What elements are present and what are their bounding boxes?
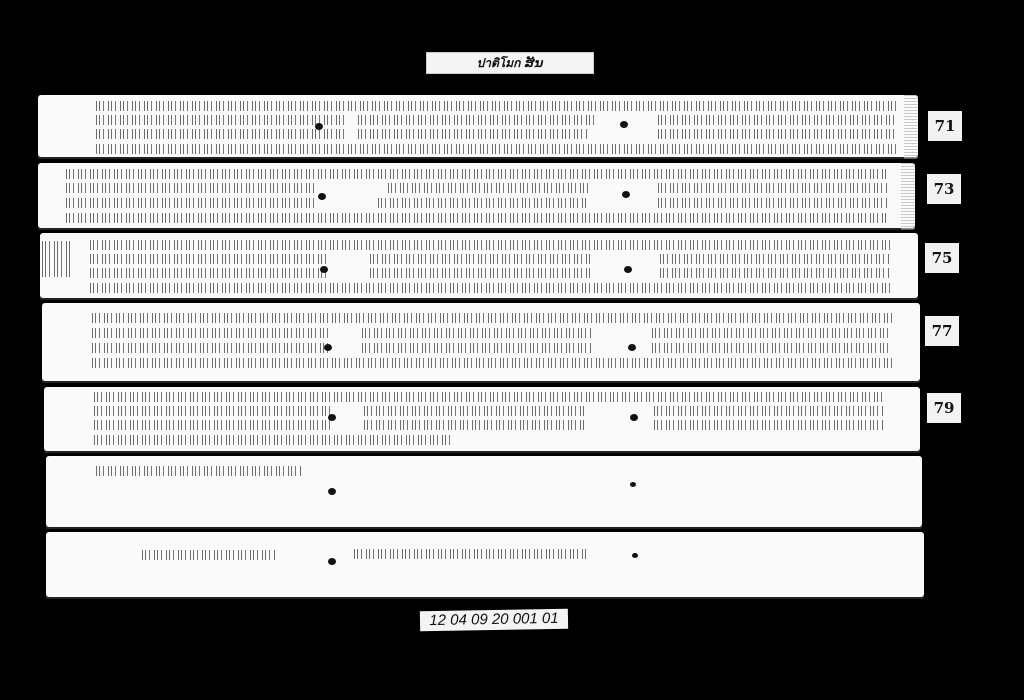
text-line — [94, 406, 334, 416]
catalog-id-label: 12 04 09 20 001 01 — [420, 609, 568, 632]
binding-hole — [328, 488, 336, 495]
page-number-label: 75 — [925, 243, 959, 273]
text-line — [90, 268, 330, 278]
text-line — [362, 328, 592, 338]
binding-hole — [324, 344, 332, 351]
binding-hole — [328, 558, 336, 565]
palm-leaf-3 — [40, 233, 918, 300]
palm-leaf-4 — [42, 303, 920, 383]
text-line — [364, 420, 584, 430]
margin-annotation — [42, 241, 70, 277]
text-line — [364, 406, 584, 416]
text-line — [96, 129, 346, 139]
text-line — [66, 183, 316, 193]
text-line — [142, 550, 276, 560]
text-line — [362, 343, 592, 353]
text-line — [660, 268, 890, 278]
text-line — [388, 183, 588, 193]
text-line — [658, 183, 888, 193]
text-line — [66, 169, 886, 179]
binding-hole — [315, 123, 323, 130]
palm-leaf-6 — [46, 456, 922, 529]
text-line — [358, 129, 588, 139]
leaf-edge-damage — [901, 163, 915, 230]
text-line — [94, 392, 884, 402]
manuscript-title-label: ปาติโมก ສັນ — [426, 52, 594, 74]
text-line — [90, 283, 890, 293]
binding-hole — [632, 553, 638, 558]
binding-hole — [624, 266, 632, 273]
binding-hole — [620, 121, 628, 128]
text-line — [92, 313, 892, 323]
binding-hole — [628, 344, 636, 351]
binding-hole — [622, 191, 630, 198]
text-line — [96, 466, 301, 476]
text-line — [652, 343, 892, 353]
text-line — [378, 198, 588, 208]
binding-hole — [630, 414, 638, 421]
text-line — [66, 198, 316, 208]
palm-leaf-7 — [46, 532, 924, 599]
text-line — [90, 240, 890, 250]
leaf-edge-damage — [904, 95, 918, 159]
page-number-label: 73 — [927, 174, 961, 204]
text-line — [654, 406, 884, 416]
text-line — [370, 268, 590, 278]
binding-hole — [630, 482, 636, 487]
text-line — [370, 254, 590, 264]
page-number-label: 79 — [927, 393, 961, 423]
text-line — [658, 129, 898, 139]
text-line — [90, 254, 330, 264]
text-line — [658, 115, 898, 125]
text-line — [92, 343, 332, 353]
text-line — [658, 198, 888, 208]
binding-hole — [318, 193, 326, 200]
text-line — [92, 328, 332, 338]
page-number-label: 71 — [928, 111, 962, 141]
text-line — [96, 101, 896, 111]
text-line — [94, 420, 334, 430]
palm-leaf-5 — [44, 387, 920, 453]
binding-hole — [328, 414, 336, 421]
text-line — [66, 213, 886, 223]
text-line — [654, 420, 884, 430]
text-line — [358, 115, 598, 125]
text-line — [92, 358, 892, 368]
palm-leaf-2 — [38, 163, 915, 230]
text-line — [652, 328, 892, 338]
text-line — [96, 115, 346, 125]
text-line — [354, 549, 589, 559]
palm-leaf-1 — [38, 95, 918, 159]
binding-hole — [320, 266, 328, 273]
text-line — [660, 254, 890, 264]
text-line — [96, 144, 896, 154]
text-line — [94, 435, 454, 445]
page-number-label: 77 — [925, 316, 959, 346]
